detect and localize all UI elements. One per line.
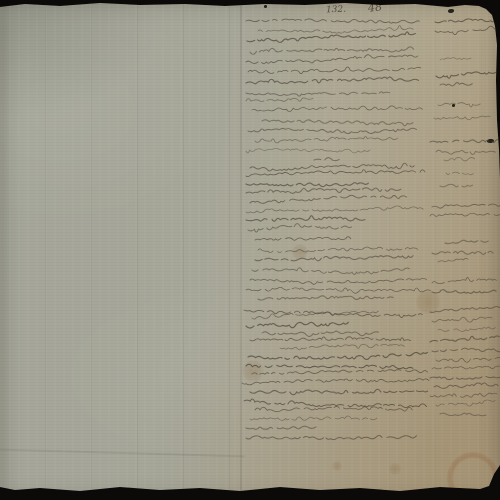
handwriting-line: [252, 311, 381, 319]
handwriting-line: [255, 255, 416, 261]
paper-crease: [0, 449, 245, 458]
handwriting-line: [242, 378, 429, 385]
handwriting-line: [434, 115, 490, 121]
handwriting-line: [445, 239, 488, 243]
handwriting-line: [258, 246, 418, 253]
handwriting-line: [247, 32, 416, 43]
handwriting-line: [246, 322, 348, 329]
handwriting-line: [250, 336, 410, 343]
handwriting-line: [246, 147, 370, 154]
handwriting-line: [432, 365, 500, 371]
handwriting-line: [446, 171, 474, 175]
stain: [389, 463, 401, 475]
handwriting-line: [255, 405, 412, 413]
handwriting-line: [246, 169, 425, 177]
handwriting-line: [250, 163, 414, 171]
ink-blot: [448, 9, 454, 13]
handwriting-line: [246, 77, 422, 84]
handwriting-line: [314, 157, 339, 160]
handwriting-line: [246, 54, 418, 64]
handwriting-line: [244, 308, 422, 320]
handwriting-line: [444, 157, 479, 162]
handwriting-line: [255, 136, 398, 143]
handwriting-line: [246, 187, 401, 194]
handwriting-line: [248, 352, 427, 361]
ring-stain: [447, 452, 499, 500]
handwriting-line: [440, 183, 473, 187]
handwriting-line: [250, 277, 431, 286]
stain: [242, 360, 264, 382]
handwriting-line: [432, 347, 500, 355]
handwriting-line: [436, 400, 496, 408]
ink-blot: [264, 5, 267, 8]
handwriting-line: [262, 118, 413, 128]
margin-notes-block: [430, 18, 500, 418]
stain: [292, 244, 308, 260]
handwriting-line: [436, 71, 500, 79]
handwriting-line: [438, 102, 480, 108]
handwriting-line: [246, 215, 365, 222]
manuscript-scan: 132. 48: [0, 0, 500, 500]
handwriting-line: [432, 276, 500, 284]
handwriting-line: [432, 203, 500, 209]
handwriting-line: [246, 426, 320, 430]
handwriting-line: [246, 91, 390, 97]
handwriting-line: [432, 288, 499, 295]
stain: [416, 290, 440, 314]
main-text-block: [242, 17, 431, 441]
chain-lines-left-page: [0, 0, 252, 500]
handwriting-line: [250, 388, 428, 395]
handwriting-line: [436, 148, 495, 156]
handwriting-line: [250, 46, 414, 54]
handwriting-line: [246, 434, 417, 441]
handwriting-line: [430, 335, 499, 342]
handwriting-line: [435, 18, 500, 24]
handwriting-line: [252, 369, 428, 375]
ink-blot: [487, 139, 494, 143]
handwriting-line: [244, 397, 427, 410]
paper-sheet: 132. 48: [0, 0, 500, 500]
handwriting-line: [430, 306, 500, 312]
handwriting-line: [248, 127, 416, 136]
handwriting-line: [440, 82, 472, 86]
handwriting-line: [438, 327, 496, 333]
handwriting-line: [255, 237, 351, 241]
handwriting-line: [250, 194, 410, 203]
handwriting-line: [432, 250, 493, 257]
handwriting-line: [248, 223, 352, 232]
handwriting-line: [248, 66, 426, 74]
chain-lines-right-page: [252, 0, 500, 500]
handwriting-line: [432, 316, 492, 323]
handwriting-line: [430, 392, 500, 399]
handwriting-line: [258, 295, 396, 301]
handwriting-line: [252, 105, 423, 112]
handwriting-line: [436, 357, 500, 364]
handwriting-line: [262, 330, 379, 337]
handwriting-line: [246, 17, 419, 25]
fold-line: [240, 0, 242, 500]
folio-number-right: 48: [367, 0, 382, 14]
handwriting-line: [250, 416, 377, 422]
folio-number-left: 132.: [326, 5, 346, 16]
handwriting-line: [246, 362, 413, 371]
ink-blot: [452, 104, 455, 107]
handwriting-line: [258, 25, 413, 34]
stain: [332, 461, 342, 471]
handwriting-line: [430, 212, 500, 218]
handwriting-svg: [0, 0, 500, 500]
handwriting-line: [252, 266, 409, 276]
handwriting-line: [438, 258, 468, 262]
handwriting-line: [440, 57, 474, 60]
handwriting-line: [430, 375, 500, 381]
handwriting-line: [246, 206, 423, 213]
handwriting-line: [435, 26, 495, 35]
handwriting-line: [434, 382, 498, 389]
handwriting-line: [280, 344, 404, 350]
handwriting-line: [440, 412, 486, 418]
handwriting-line: [246, 182, 368, 188]
handwriting-line: [246, 98, 313, 102]
handwriting-line: [246, 285, 430, 295]
